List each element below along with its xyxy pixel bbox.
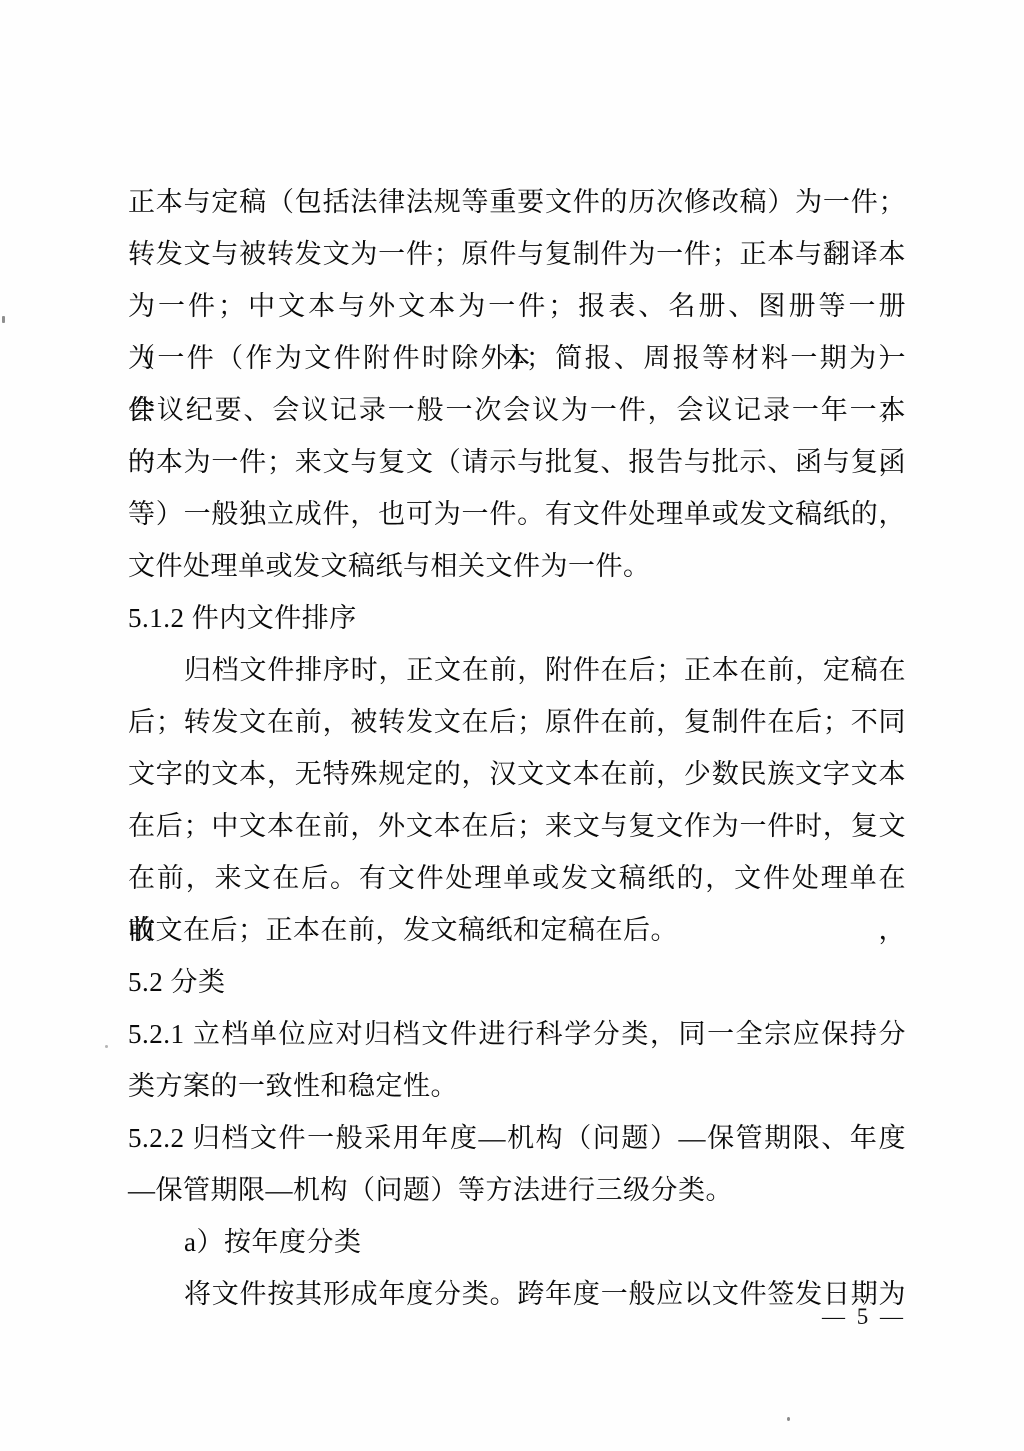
text-line: 在前，来文在后。有文件处理单或发文稿纸的，文件处理单在前，	[128, 852, 906, 904]
section-heading-line: 5.2.1 立档单位应对归档文件进行科学分类，同一全宗应保持分	[128, 1008, 906, 1060]
scan-artifact	[787, 1417, 790, 1421]
text-line: —保管期限—机构（问题）等方法进行三级分类。	[128, 1164, 906, 1216]
page-number: — 5 —	[822, 1302, 906, 1332]
text-line: 文件处理单或发文稿纸与相关文件为一件。	[128, 540, 906, 592]
text-line: 等）一般独立成件，也可为一件。有文件处理单或发文稿纸的，	[128, 488, 906, 540]
text-line: 为一件（作为文件附件时除外）；简报、周报等材料一期为一件；	[128, 332, 906, 384]
scan-artifact	[2, 316, 5, 323]
section-heading-line: 5.2 分类	[128, 956, 906, 1008]
text-line: 类方案的一致性和稳定性。	[128, 1060, 906, 1112]
text-line: 为一件；中文本与外文本为一件；报表、名册、图册等一册（本）	[128, 280, 906, 332]
scan-artifact	[105, 1045, 108, 1048]
text-line: 文字的文本，无特殊规定的，汉文文本在前，少数民族文字文本	[128, 748, 906, 800]
text-line: 在后；中文本在前，外文本在后；来文与复文作为一件时，复文	[128, 800, 906, 852]
document-page: 正本与定稿（包括法律法规等重要文件的历次修改稿）为一件；转发文与被转发文为一件；…	[0, 0, 1024, 1451]
text-line: 转发文与被转发文为一件；原件与复制件为一件；正本与翻译本	[128, 228, 906, 280]
text-line: 一本为一件；来文与复文（请示与批复、报告与批示、函与复函	[128, 436, 906, 488]
section-heading-line: a）按年度分类	[128, 1216, 906, 1268]
text-line: 会议纪要、会议记录一般一次会议为一件，会议记录一年一本的，	[128, 384, 906, 436]
text-line: 后；转发文在前，被转发文在后；原件在前，复制件在后；不同	[128, 696, 906, 748]
section-heading-line: 5.1.2 件内文件排序	[128, 592, 906, 644]
text-line: 正本与定稿（包括法律法规等重要文件的历次修改稿）为一件；	[128, 176, 906, 228]
section-heading-line: 5.2.2 归档文件一般采用年度—机构（问题）—保管期限、年度	[128, 1112, 906, 1164]
text-block: 正本与定稿（包括法律法规等重要文件的历次修改稿）为一件；转发文与被转发文为一件；…	[128, 176, 906, 1320]
text-line: 将文件按其形成年度分类。跨年度一般应以文件签发日期为	[128, 1268, 906, 1320]
text-line: 归档文件排序时，正文在前，附件在后；正本在前，定稿在	[128, 644, 906, 696]
